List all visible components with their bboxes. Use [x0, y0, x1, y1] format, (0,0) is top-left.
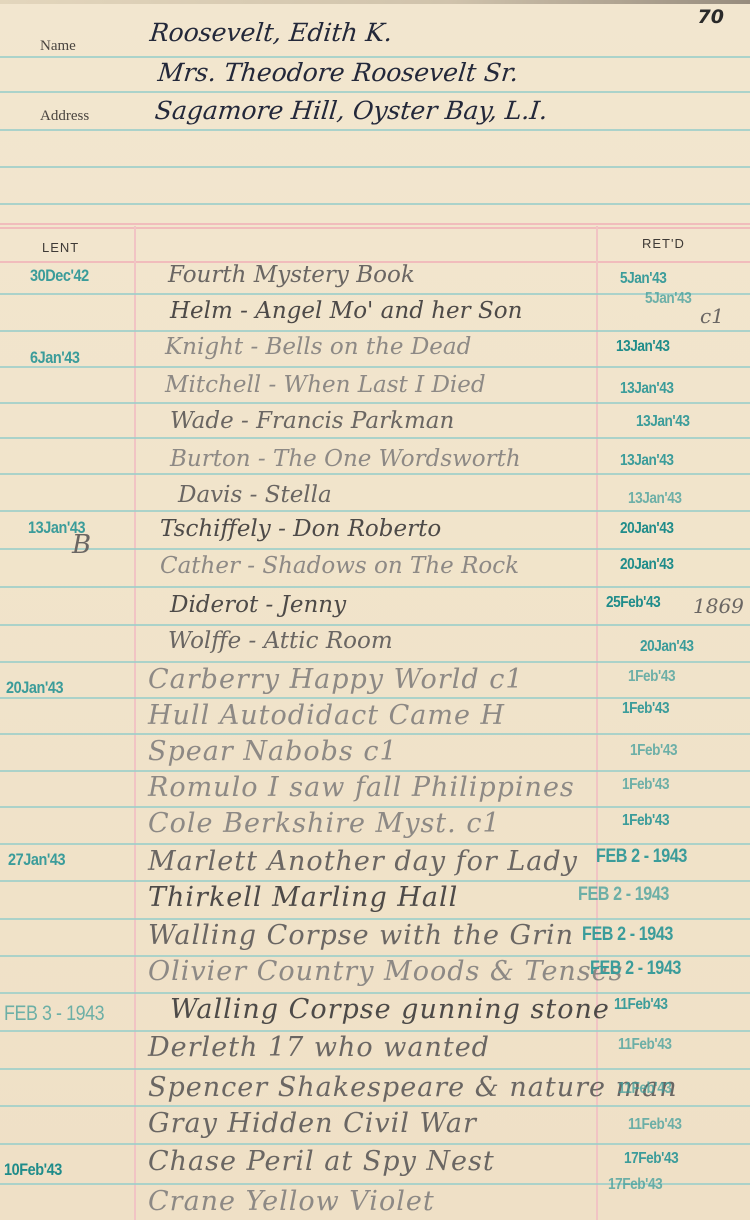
rule-line	[0, 548, 750, 550]
book-title: Burton - The One Wordsworth	[170, 446, 521, 472]
lent-date-stamp: 10Feb'43	[4, 1160, 62, 1180]
rule-line	[0, 1105, 750, 1107]
returned-date-stamp: 11Feb'43	[628, 1116, 682, 1134]
borrower-name: Roosevelt, Edith K.	[148, 18, 393, 47]
rule-line	[0, 1143, 750, 1145]
rule-line	[0, 624, 750, 626]
lent-date-stamp: 6Jan'43	[30, 348, 79, 368]
returned-date-stamp: 13Jan'43	[636, 413, 690, 431]
rule-line	[0, 203, 750, 205]
borrower-name-alt: Mrs. Theodore Roosevelt Sr.	[156, 58, 519, 87]
book-title: Carberry Happy World c1	[148, 664, 524, 695]
name-label: Name	[40, 38, 76, 55]
borrower-address: Sagamore Hill, Oyster Bay, L.I.	[153, 96, 549, 125]
rule-line	[0, 330, 750, 332]
returned-date-stamp: 20Jan'43	[620, 556, 674, 574]
book-title: Hull Autodidact Came H	[148, 700, 505, 731]
returned-date-stamp: 1Feb'43	[630, 742, 677, 760]
book-title: Wade - Francis Parkman	[170, 408, 454, 434]
book-title: Spencer Shakespeare & nature man	[148, 1072, 678, 1103]
book-title: Romulo I saw fall Philippines	[148, 772, 575, 803]
returned-date-stamp: FEB 2 - 1943	[578, 884, 669, 906]
book-title: Cather - Shadows on The Rock	[160, 553, 519, 579]
column-divider-left	[134, 226, 136, 1220]
rule-line	[0, 661, 750, 663]
handwritten-note: 1869	[693, 594, 744, 618]
rule-line	[0, 843, 750, 845]
rule-line	[0, 697, 750, 699]
book-title: Mitchell - When Last I Died	[165, 372, 486, 398]
library-loan-card: 70 Name Address Roosevelt, Edith K. Mrs.…	[0, 0, 750, 1220]
red-rule-line	[0, 227, 750, 229]
book-title: Tschiffely - Don Roberto	[160, 516, 441, 542]
card-number: 70	[698, 6, 724, 28]
address-label: Address	[40, 108, 89, 125]
book-title: Marlett Another day for Lady	[148, 846, 578, 877]
returned-date-stamp: 20Jan'43	[640, 638, 694, 656]
book-title: Thirkell Marling Hall	[148, 882, 458, 913]
rule-line	[0, 129, 750, 131]
returned-date-stamp: 13Jan'43	[628, 490, 682, 508]
returned-date-stamp: 5Jan'43	[645, 290, 691, 308]
returned-date-stamp: FEB 2 - 1943	[596, 846, 687, 868]
returned-date-stamp: 1Feb'43	[628, 668, 675, 686]
returned-date-stamp: 13Jan'43	[620, 380, 674, 398]
rule-line	[0, 733, 750, 735]
lent-column-header: LENT	[42, 240, 79, 255]
rule-line	[0, 510, 750, 512]
rule-line	[0, 1068, 750, 1070]
lent-date-stamp: 27Jan'43	[8, 850, 65, 870]
book-title: Davis - Stella	[178, 482, 332, 508]
book-title: Derleth 17 who wanted	[148, 1032, 490, 1063]
book-title: Fourth Mystery Book	[168, 262, 415, 288]
returned-column-header: RET'D	[642, 236, 685, 251]
returned-date-stamp: 1Feb'43	[622, 700, 669, 718]
lent-date-stamp: FEB 3 - 1943	[4, 1002, 104, 1026]
rule-line	[0, 586, 750, 588]
rule-line	[0, 166, 750, 168]
rule-line	[0, 402, 750, 404]
book-title: Olivier Country Moods & Tenses	[148, 956, 624, 987]
returned-date-stamp: 5Jan'43	[620, 270, 666, 288]
returned-date-stamp: 11Feb'43	[614, 996, 668, 1014]
returned-date-stamp: 13Jan'43	[616, 338, 670, 356]
returned-date-stamp: 17Feb'43	[624, 1150, 678, 1168]
book-title: Walling Corpse with the Grin	[148, 920, 574, 951]
book-title: Helm - Angel Mo' and her Son	[170, 298, 522, 324]
book-title: Gray Hidden Civil War	[148, 1108, 477, 1139]
book-title: Chase Peril at Spy Nest	[148, 1146, 495, 1177]
handwritten-mark: B	[72, 530, 91, 560]
book-title: Knight - Bells on the Dead	[165, 334, 471, 360]
returned-date-stamp: FEB 2 - 1943	[582, 924, 673, 946]
rule-line	[0, 293, 750, 295]
returned-date-stamp: 11Feb'43	[618, 1080, 672, 1098]
rule-line	[0, 437, 750, 439]
copy-note: c1	[700, 304, 724, 328]
book-title: Spear Nabobs c1	[148, 736, 398, 767]
rule-line	[0, 366, 750, 368]
column-divider-right	[596, 226, 598, 1220]
red-rule-line	[0, 223, 750, 225]
returned-date-stamp: 20Jan'43	[620, 520, 674, 538]
book-title: Cole Berkshire Myst. c1	[148, 808, 501, 839]
returned-date-stamp: 1Feb'43	[622, 776, 669, 794]
rule-line	[0, 91, 750, 93]
lent-date-stamp: 30Dec'42	[30, 266, 89, 286]
returned-date-stamp: FEB 2 - 1943	[590, 958, 681, 980]
returned-date-stamp: 13Jan'43	[620, 452, 674, 470]
lent-date-stamp: 20Jan'43	[6, 678, 63, 698]
returned-date-stamp: 11Feb'43	[618, 1036, 672, 1054]
rule-line	[0, 473, 750, 475]
book-title: Diderot - Jenny	[170, 592, 346, 618]
book-title: Wolffe - Attic Room	[168, 628, 393, 654]
returned-date-stamp: 17Feb'43	[608, 1176, 662, 1194]
returned-date-stamp: 25Feb'43	[606, 594, 660, 612]
returned-date-stamp: 1Feb'43	[622, 812, 669, 830]
book-title: Crane Yellow Violet	[148, 1186, 435, 1217]
book-title: Walling Corpse gunning stone	[170, 994, 610, 1025]
